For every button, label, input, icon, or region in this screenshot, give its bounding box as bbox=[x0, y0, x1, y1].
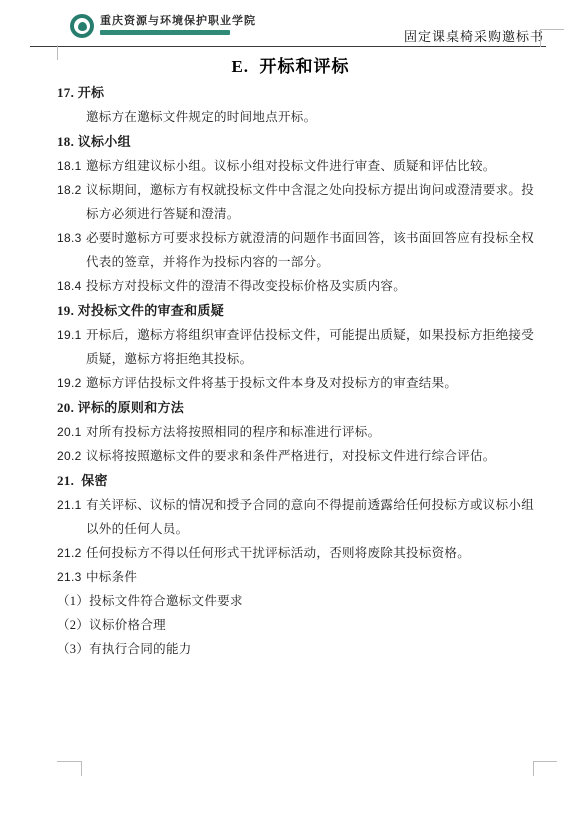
clause-number: 21.1 bbox=[57, 493, 86, 517]
clause-text: 有关评标、议标的情况和授予合同的意向不得提前透露给任何投标方或议标小组以外的任何… bbox=[86, 498, 534, 536]
college-name-block: 重庆资源与环境保护职业学院 bbox=[100, 14, 256, 35]
college-name: 重庆资源与环境保护职业学院 bbox=[100, 14, 256, 28]
clause-text: 有执行合同的能力 bbox=[89, 642, 191, 656]
clause-item: 18.4投标方对投标文件的澄清不得改变投标价格及实质内容。 bbox=[57, 274, 541, 298]
clause-number: （2） bbox=[57, 618, 89, 632]
clause-text: 开标后，邀标方将组织审查评估投标文件，可能提出质疑，如果投标方拒绝接受质疑，邀标… bbox=[86, 328, 534, 366]
clause-heading: 18. 议标小组 bbox=[57, 130, 541, 154]
clause-heading: 20. 评标的原则和方法 bbox=[57, 396, 541, 420]
clause-item: 18.3必要时邀标方可要求投标方就澄清的问题作书面回答，该书面回答应有投标全权代… bbox=[57, 226, 541, 274]
page-title: E. 开标和评标 bbox=[0, 52, 581, 77]
clause-subitem: （1）投标文件符合邀标文件要求 bbox=[57, 589, 541, 613]
clause-item: 18.2议标期间，邀标方有权就投标文件中含混之处向投标方提出询问或澄清要求。投标… bbox=[57, 178, 541, 226]
clause-number: 20.1 bbox=[57, 420, 86, 444]
clause-item: 21.3中标条件 bbox=[57, 565, 541, 589]
header-doc-label: 固定课桌椅采购邀标书 bbox=[404, 26, 544, 45]
clause-text: 投标文件符合邀标文件要求 bbox=[89, 594, 243, 608]
clause-text: 投标方对投标文件的澄清不得改变投标价格及实质内容。 bbox=[86, 279, 406, 293]
clause-item: 21.2任何投标方不得以任何形式干扰评标活动，否则将废除其投标资格。 bbox=[57, 541, 541, 565]
clause-item: 19.2邀标方评估投标文件将基于投标文件本身及对投标方的审查结果。 bbox=[57, 371, 541, 395]
college-logo-glyph bbox=[78, 22, 87, 31]
college-name-underline-bar bbox=[100, 30, 230, 35]
clause-number: 18.3 bbox=[57, 226, 86, 250]
clause-text: 邀标方评估投标文件将基于投标文件本身及对投标方的审查结果。 bbox=[86, 376, 457, 390]
clause-text: 中标条件 bbox=[86, 570, 137, 584]
document-body: 17. 开标邀标方在邀标文件规定的时间地点开标。18. 议标小组18.1邀标方组… bbox=[57, 80, 541, 661]
clause-subitem: （3）有执行合同的能力 bbox=[57, 637, 541, 661]
clause-heading: 21. 保密 bbox=[57, 469, 541, 493]
clause-number: 20.2 bbox=[57, 444, 86, 468]
clause-number: 18.1 bbox=[57, 154, 86, 178]
clause-text: 邀标方组建议标小组。议标小组对投标文件进行审查、质疑和评估比较。 bbox=[86, 159, 496, 173]
clause-text: 议标价格合理 bbox=[89, 618, 166, 632]
clause-item: 20.1对所有投标方法将按照相同的程序和标准进行评标。 bbox=[57, 420, 541, 444]
clause-text: 议标将按照邀标文件的要求和条件严格进行，对投标文件进行综合评估。 bbox=[86, 449, 496, 463]
clause-number: （3） bbox=[57, 642, 89, 656]
clause-number: 21.2 bbox=[57, 541, 86, 565]
page-header: 重庆资源与环境保护职业学院 固定课桌椅采购邀标书 bbox=[30, 14, 546, 47]
college-logo-block: 重庆资源与环境保护职业学院 bbox=[70, 14, 256, 38]
clause-text: 对所有投标方法将按照相同的程序和标准进行评标。 bbox=[86, 425, 380, 439]
clause-text: 任何投标方不得以任何形式干扰评标活动，否则将废除其投标资格。 bbox=[86, 546, 470, 560]
clause-heading: 19. 对投标文件的审查和质疑 bbox=[57, 299, 541, 323]
clause-number: 18.4 bbox=[57, 274, 86, 298]
clause-number: 21.3 bbox=[57, 565, 86, 589]
clause-text: 必要时邀标方可要求投标方就澄清的问题作书面回答，该书面回答应有投标全权代表的签章… bbox=[86, 231, 534, 269]
clause-item: 19.1开标后，邀标方将组织审查评估投标文件，可能提出质疑，如果投标方拒绝接受质… bbox=[57, 323, 541, 371]
clause-item: 21.1有关评标、议标的情况和授予合同的意向不得提前透露给任何投标方或议标小组以… bbox=[57, 493, 541, 541]
document-page: 重庆资源与环境保护职业学院 固定课桌椅采购邀标书 E. 开标和评标 17. 开标… bbox=[0, 0, 581, 826]
clause-number: 18.2 bbox=[57, 178, 86, 202]
clause-heading: 17. 开标 bbox=[57, 81, 541, 105]
clause-item: 18.1邀标方组建议标小组。议标小组对投标文件进行审查、质疑和评估比较。 bbox=[57, 154, 541, 178]
clause-text: 议标期间，邀标方有权就投标文件中含混之处向投标方提出询问或澄清要求。投标方必须进… bbox=[86, 183, 534, 221]
clause-number: 19.1 bbox=[57, 323, 86, 347]
clause-subitem: （2）议标价格合理 bbox=[57, 613, 541, 637]
clause-item: 20.2议标将按照邀标文件的要求和条件严格进行，对投标文件进行综合评估。 bbox=[57, 444, 541, 468]
clause-number: （1） bbox=[57, 594, 89, 608]
college-logo-icon bbox=[70, 14, 94, 38]
college-logo-inner bbox=[74, 18, 90, 34]
clause-paragraph: 邀标方在邀标文件规定的时间地点开标。 bbox=[57, 105, 541, 129]
clause-number: 19.2 bbox=[57, 371, 86, 395]
